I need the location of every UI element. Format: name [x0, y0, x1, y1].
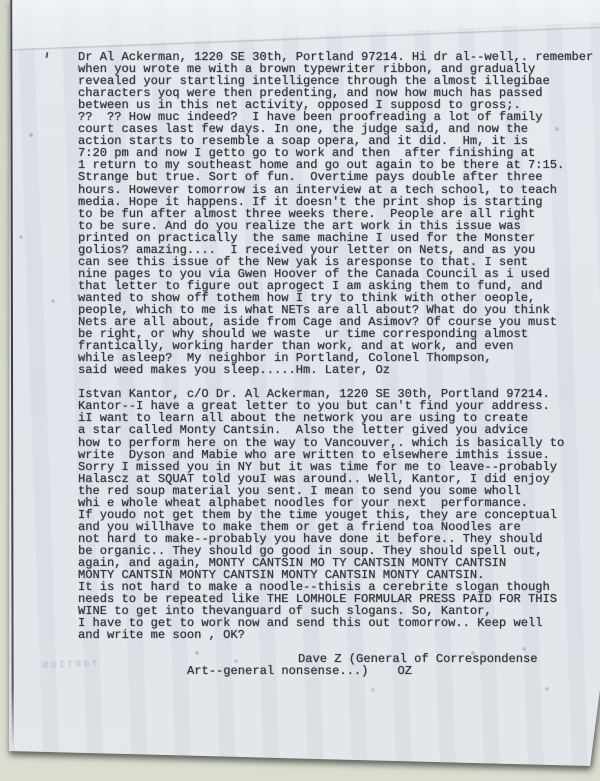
letter-page: Dr Al Ackerman, 1220 SE 30th, Portland 9… [0, 0, 600, 781]
typewritten-text: Dr Al Ackerman, 1220 SE 30th, Portland 9… [78, 51, 600, 677]
paragraph-to-kantor: Istvan Kantor, c/O Dr. Al Ackerman, 1220… [78, 388, 600, 641]
paper-shadow: Dr Al Ackerman, 1220 SE 30th, Portland 9… [0, 0, 600, 781]
signature-block: Dave Z (General of Correspondense Art--g… [78, 653, 600, 677]
paragraph-to-ackerman: Dr Al Ackerman, 1220 SE 30th, Portland 9… [78, 51, 600, 376]
photo-of-typewritten-letter: Dr Al Ackerman, 1220 SE 30th, Portland 9… [0, 0, 600, 781]
stray-ink-mark [46, 52, 49, 58]
mirrored-ink-offset-ghost: TORTION [40, 658, 98, 670]
paper-edge-line [10, 0, 14, 748]
paper-speckles [0, 0, 2, 2]
signature-line-2: Art--general nonsense...) OZ [187, 665, 600, 677]
